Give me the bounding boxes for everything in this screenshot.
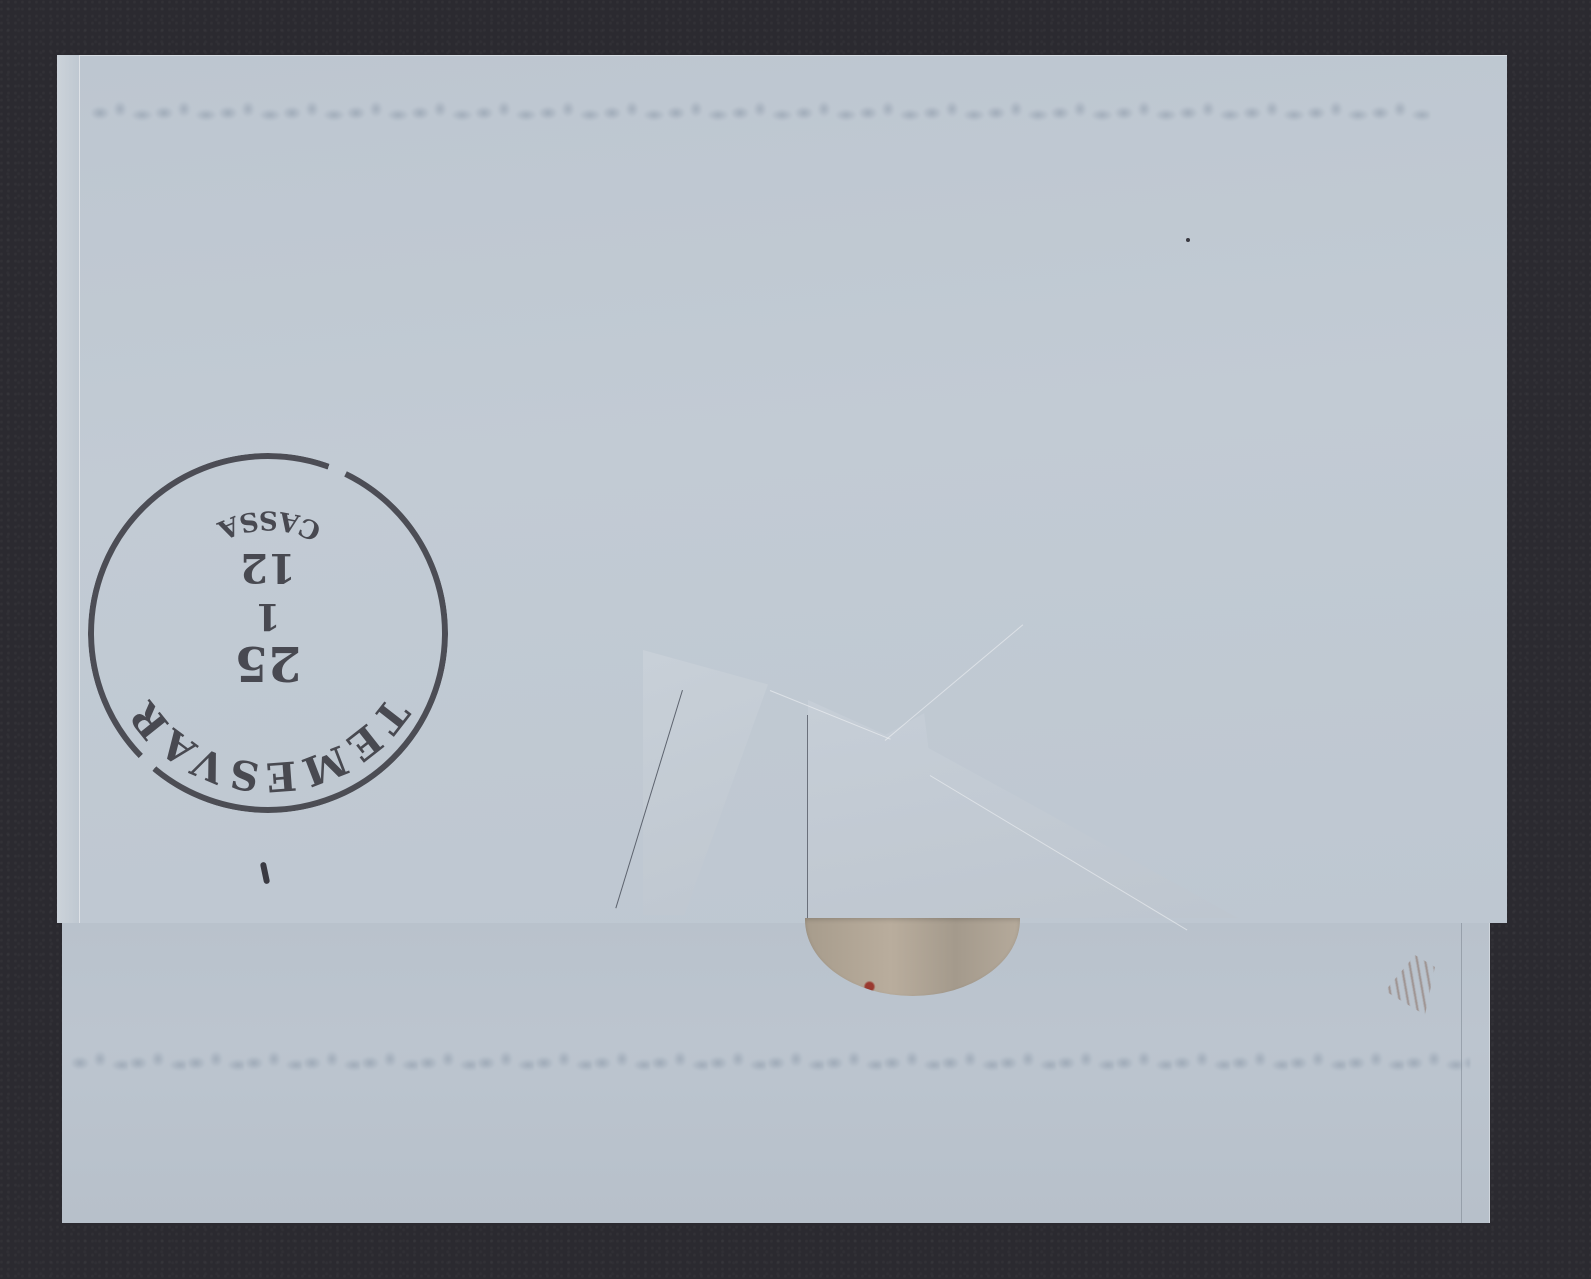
svg-text:CASSA: CASSA (211, 504, 325, 545)
circular-datestamp: TEMESVAR CASSA 25 1 12 (88, 453, 448, 813)
postmark-month: 1 (88, 595, 448, 637)
bleed-through-writing-top (90, 95, 1430, 129)
flap-edge-line (807, 715, 808, 920)
postmark-subtext: CASSA (211, 504, 325, 545)
letter-photo: TEMESVAR CASSA 25 1 12 (0, 0, 1591, 1279)
postmark-town: TEMESVAR (118, 690, 418, 801)
svg-text:TEMESVAR: TEMESVAR (118, 690, 418, 801)
bleed-through-writing-bottom (70, 1045, 1470, 1085)
ink-dot (1186, 238, 1190, 242)
postmark-year: 12 (88, 544, 448, 591)
folded-edge (57, 55, 80, 923)
postmark-day: 25 (88, 635, 448, 691)
